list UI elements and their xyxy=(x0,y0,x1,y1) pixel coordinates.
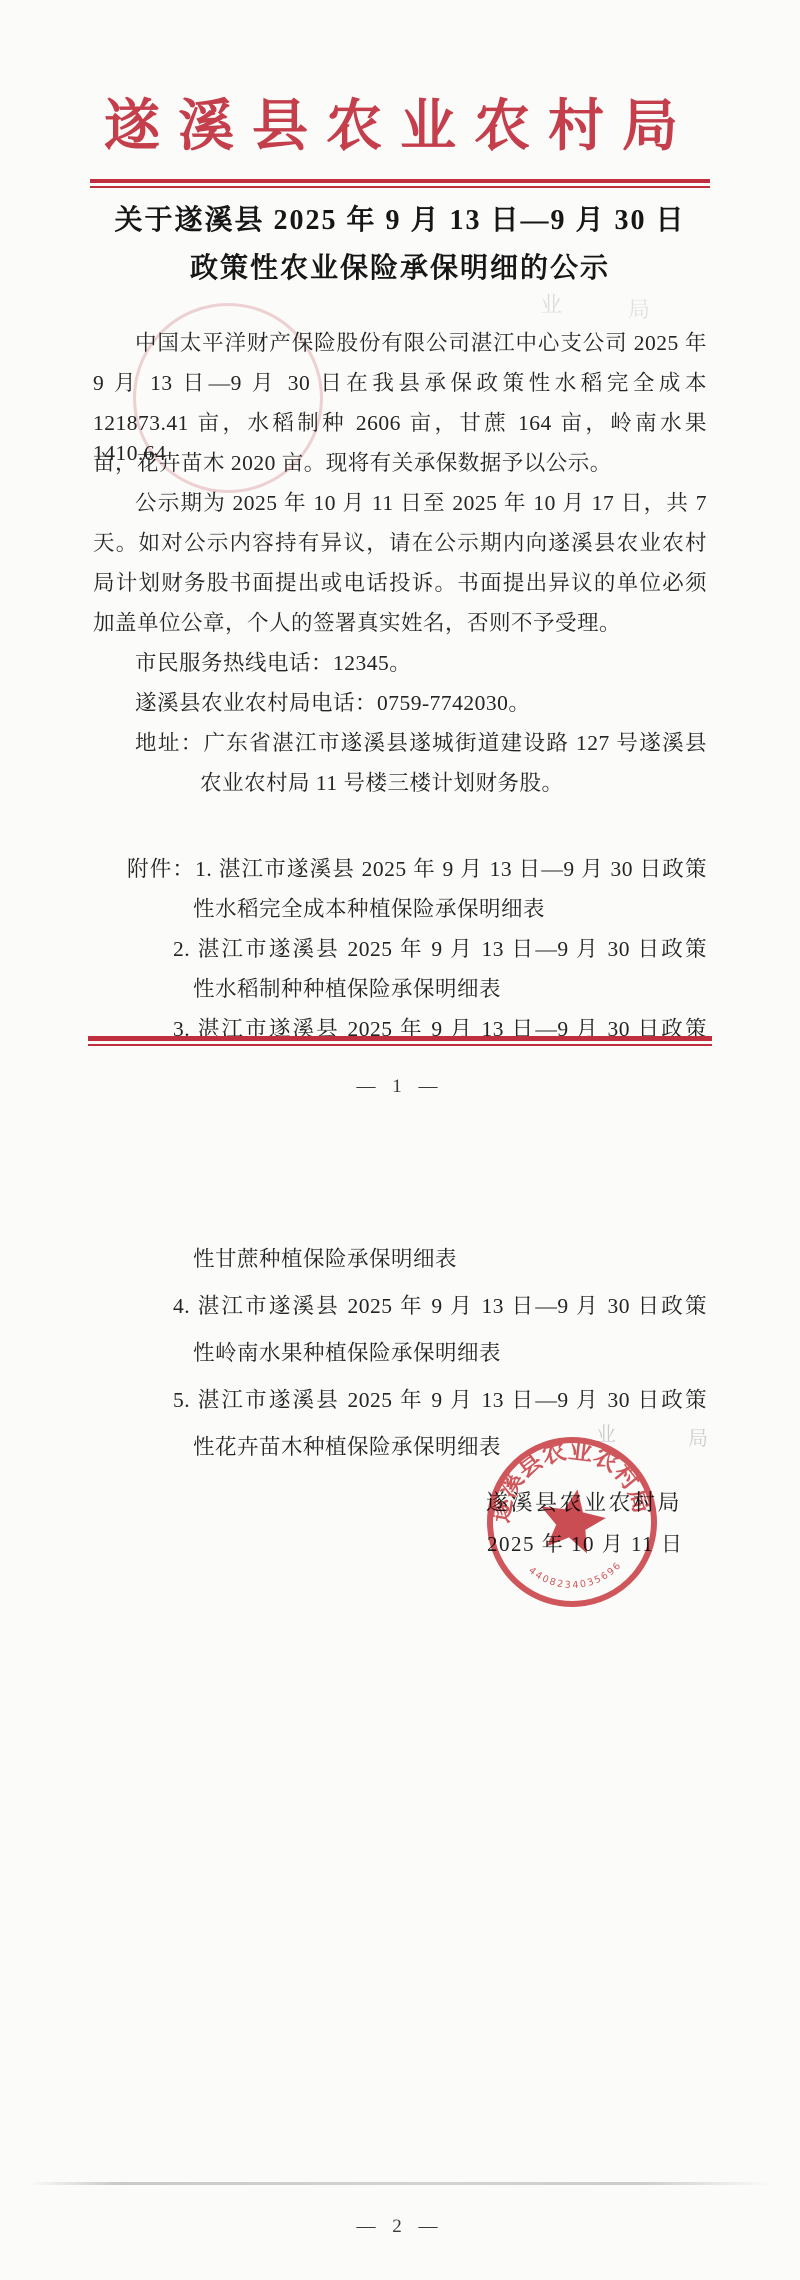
attachment-line: 性花卉苗木种植保险承保明细表 xyxy=(193,1432,501,1462)
attachment-line: 5. 湛江市遂溪县 2025 年 9 月 13 日—9 月 30 日政策 xyxy=(173,1385,707,1415)
attachment-line: 附件：1. 湛江市遂溪县 2025 年 9 月 13 日—9 月 30 日政策 xyxy=(127,854,707,884)
seal-code: 4408234035696 xyxy=(526,1559,626,1594)
notice-title-line-2: 政策性农业保险承保明细的公示 xyxy=(0,246,800,286)
attachment-line: 性水稻制种种植保险承保明细表 xyxy=(193,974,501,1004)
bleedthrough-mark: 业 xyxy=(540,288,562,319)
body-line: 亩，花卉苗木 2020 亩。现将有关承保数据予以公示。 xyxy=(93,448,612,478)
bleedthrough-mark: 局 xyxy=(688,1422,708,1451)
body-line: 9 月 13 日—9 月 30 日在我县承保政策性水稻完全成本 xyxy=(93,368,707,398)
scan-artifact-line xyxy=(28,2182,772,2185)
scanned-notice-document: 业 局 遂溪县农业农村局 关于遂溪县 2025 年 9 月 13 日—9 月 3… xyxy=(0,0,800,2280)
bleedthrough-mark: 局 xyxy=(628,293,650,324)
agency-masthead: 遂溪县农业农村局 xyxy=(0,82,800,162)
address-line: 地址：广东省湛江市遂溪县遂城街道建设路 127 号遂溪县 xyxy=(135,728,707,758)
body-line: 天。如对公示内容持有异议，请在公示期内向遂溪县农业农村 xyxy=(93,528,707,558)
header-red-rule-thick xyxy=(90,179,710,183)
official-seal: 遂溪县农业农村局 4408234035696 xyxy=(482,1432,662,1612)
attachment-line: 4. 湛江市遂溪县 2025 年 9 月 13 日—9 月 30 日政策 xyxy=(173,1291,707,1321)
svg-text:4408234035696: 4408234035696 xyxy=(526,1559,626,1594)
attachment-line: 2. 湛江市遂溪县 2025 年 9 月 13 日—9 月 30 日政策 xyxy=(173,934,707,964)
page-number-2: — 2 — xyxy=(0,2216,800,2238)
body-line: 中国太平洋财产保险股份有限公司湛江中心支公司 2025 年 xyxy=(135,328,707,358)
body-line: 公示期为 2025 年 10 月 11 日至 2025 年 10 月 17 日，… xyxy=(135,488,707,518)
address-line: 农业农村局 11 号楼三楼计划财务股。 xyxy=(200,768,563,798)
attachment-line: 性水稻完全成本种植保险承保明细表 xyxy=(193,894,545,924)
attachment-line: 性甘蔗种植保险承保明细表 xyxy=(193,1244,457,1274)
notice-title-line-1: 关于遂溪县 2025 年 9 月 13 日—9 月 30 日 xyxy=(0,198,800,238)
hotline-phone-line: 市民服务热线电话：12345。 xyxy=(135,648,411,678)
footer-red-rule-thin xyxy=(88,1044,712,1046)
attachment-line: 性岭南水果种植保险承保明细表 xyxy=(193,1338,501,1368)
star-icon xyxy=(534,1484,609,1556)
header-red-rule-thin xyxy=(90,186,710,188)
body-line: 局计划财务股书面提出或电话投诉。书面提出异议的单位必须 xyxy=(93,568,707,598)
page-number-1: — 1 — xyxy=(0,1076,800,1098)
bureau-phone-line: 遂溪县农业农村局电话：0759-7742030。 xyxy=(135,688,530,718)
body-line: 加盖单位公章，个人的签署真实姓名，否则不予受理。 xyxy=(93,608,621,638)
footer-red-rule-thick xyxy=(88,1036,712,1041)
